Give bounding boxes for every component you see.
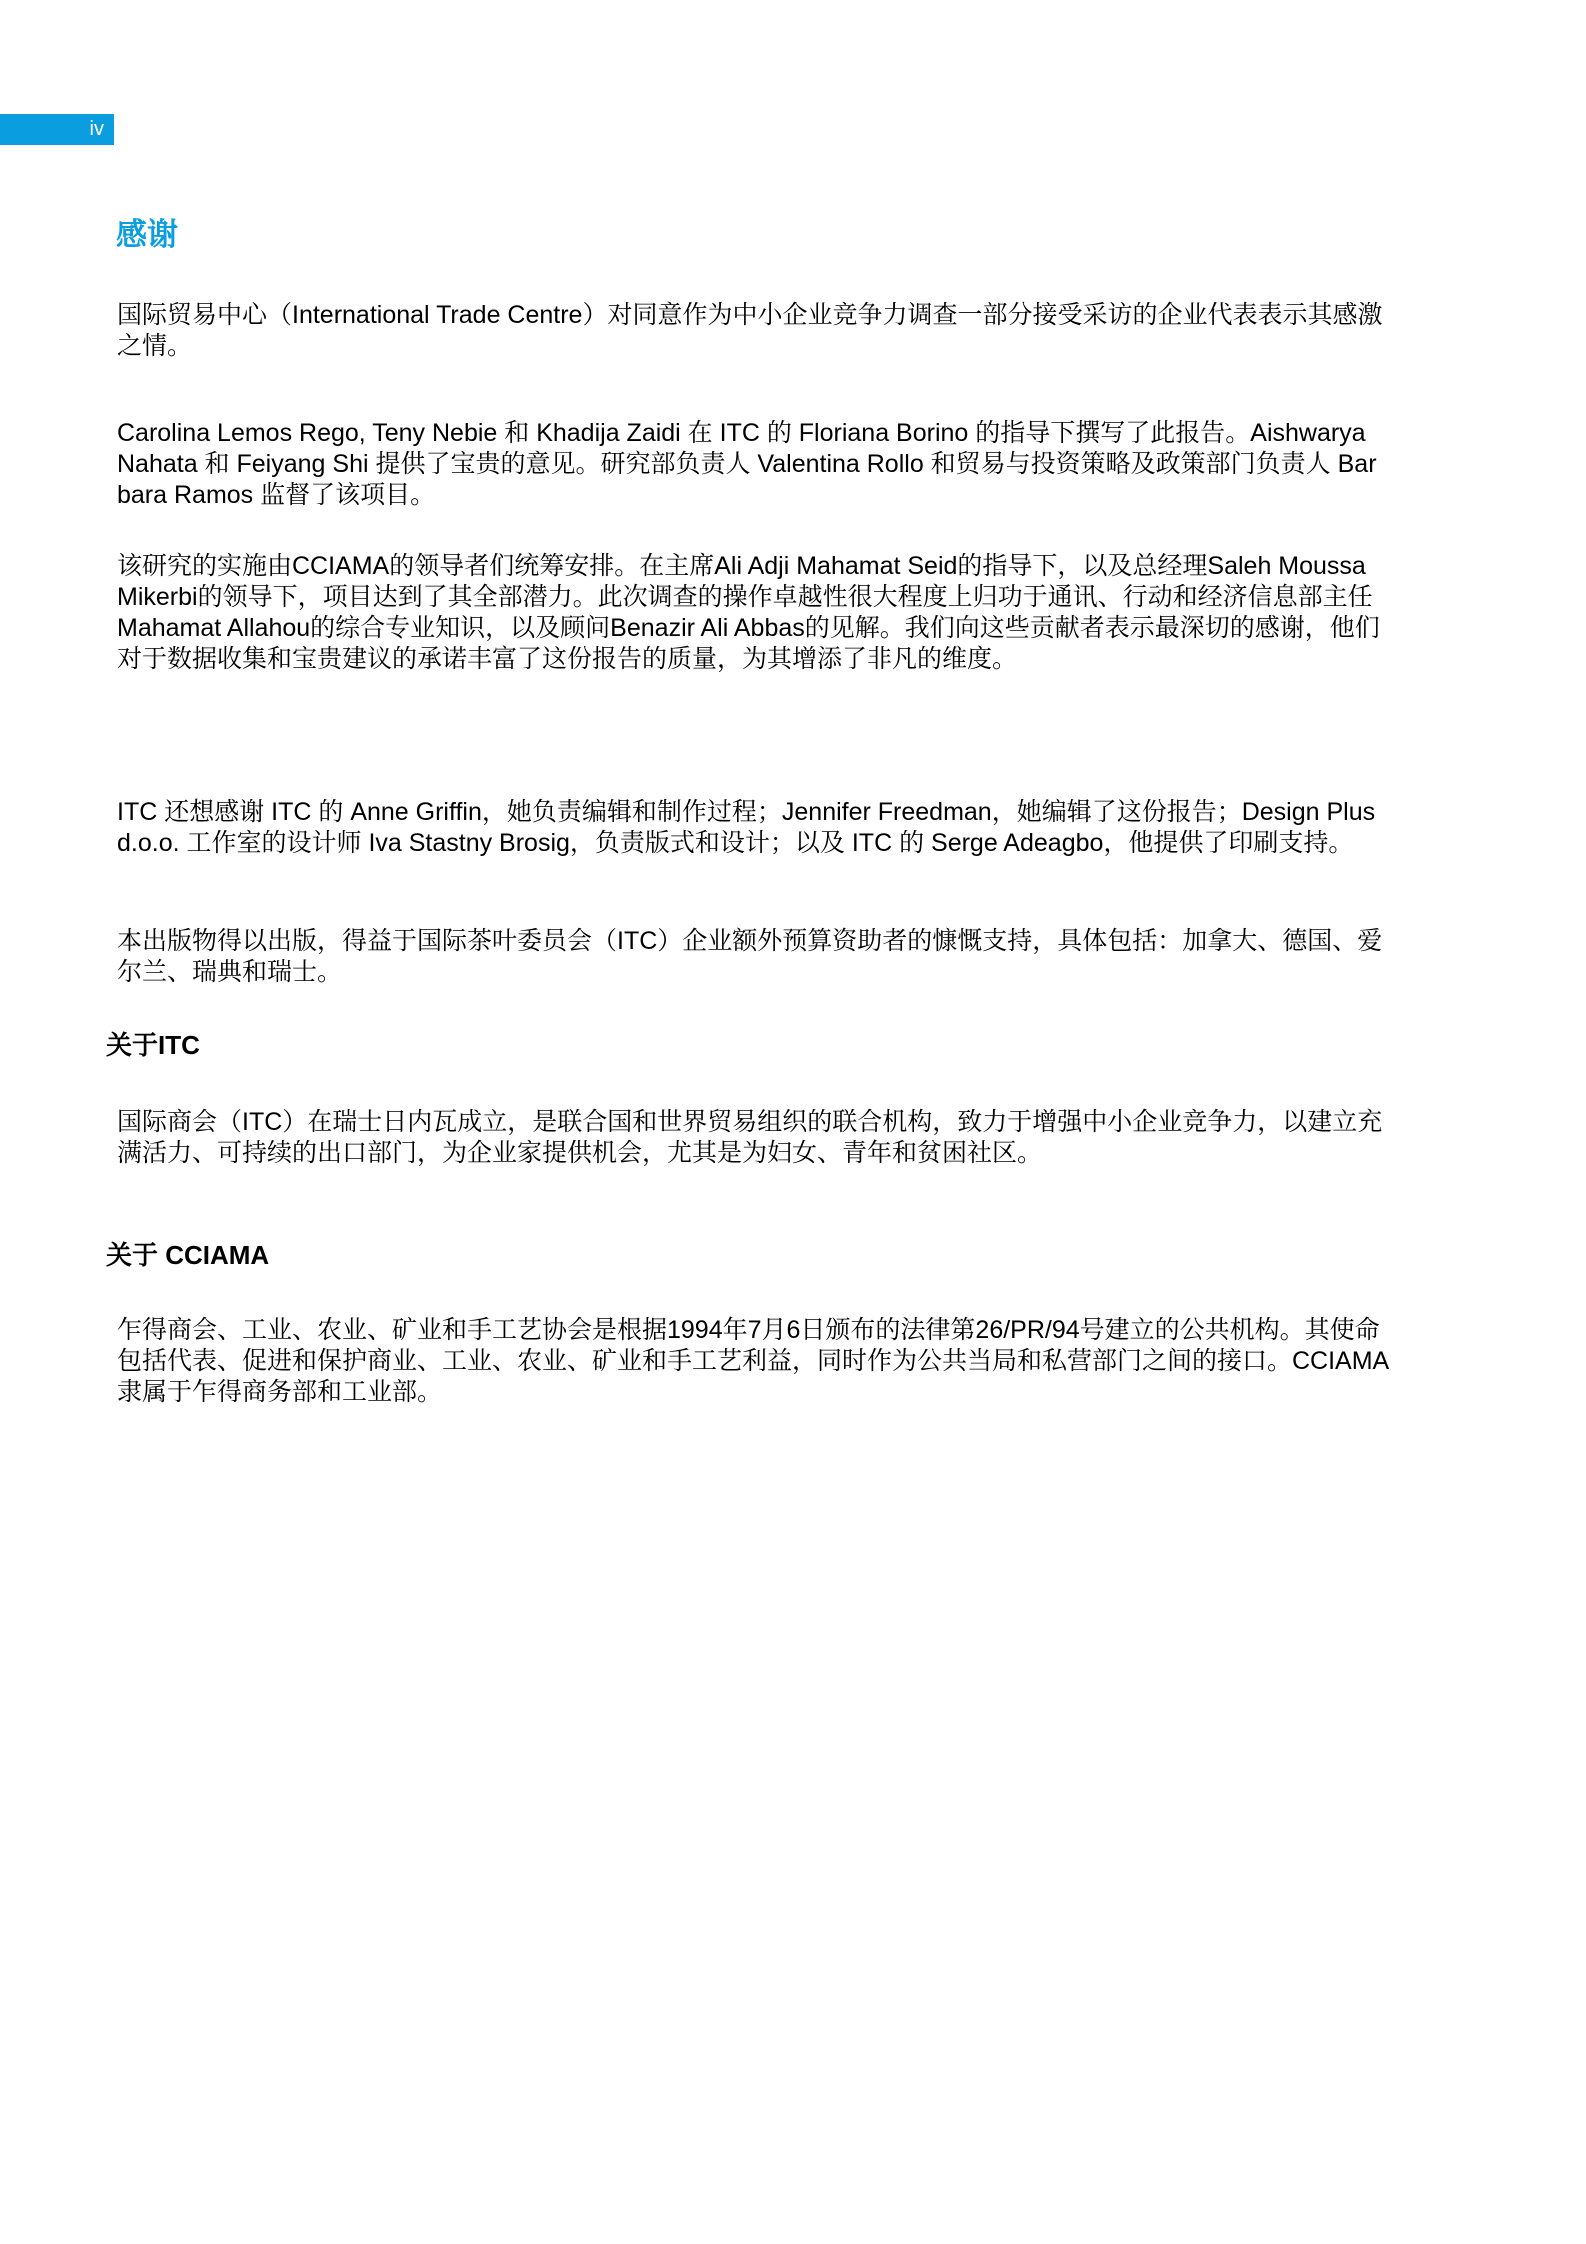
section-heading-about-itc: 关于ITC (106, 1030, 200, 1061)
paragraph-funders: 本出版物得以出版，得益于国际茶叶委员会（ITC）企业额外预算资助者的慷慨支持，具… (117, 926, 1517, 988)
document-page: iv 感谢 国际贸易中心（International Trade Centre）… (0, 0, 1586, 2244)
paragraph-about-itc: 国际商会（ITC）在瑞士日内瓦成立，是联合国和世界贸易组织的联合机构，致力于增强… (117, 1107, 1517, 1169)
paragraph-editing-production: ITC 还想感谢 ITC 的 Anne Griffin，她负责编辑和制作过程；J… (117, 797, 1517, 859)
paragraph-gratitude: 国际贸易中心（International Trade Centre）对同意作为中… (117, 300, 1517, 362)
page-number: iv (90, 118, 104, 140)
page-number-tab: iv (0, 114, 114, 145)
paragraph-authors: Carolina Lemos Rego, Teny Nebie 和 Khadij… (117, 418, 1517, 511)
section-heading-about-cciama: 关于 CCIAMA (106, 1240, 269, 1271)
paragraph-cciama-leadership: 该研究的实施由CCIAMA的领导者们统筹安排。在主席Ali Adji Maham… (117, 551, 1517, 675)
page-title: 感谢 (116, 216, 178, 254)
paragraph-about-cciama: 乍得商会、工业、农业、矿业和手工艺协会是根据1994年7月6日颁布的法律第26/… (117, 1315, 1517, 1408)
